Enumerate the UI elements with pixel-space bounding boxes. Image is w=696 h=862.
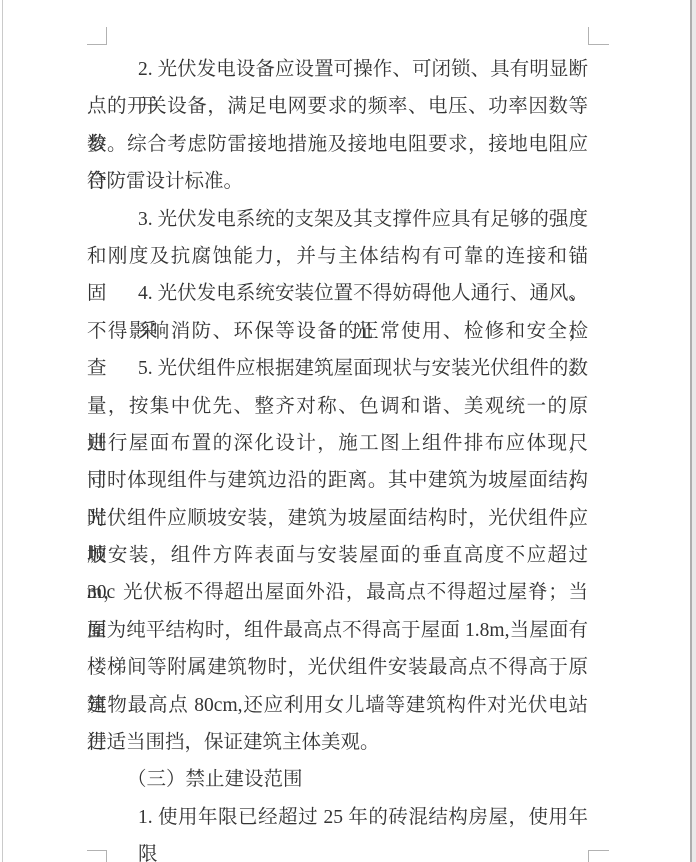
text-line: 3. 光伏发电系统的支架及其支撑件应具有足够的强度: [87, 201, 588, 238]
text-line: 筑物最高点 80cm,还应利用女儿墙等建筑构件对光伏电站进: [87, 687, 588, 724]
text-line: 量，按集中优先、整齐对称、色调和谐、美观统一的原则，: [87, 388, 588, 425]
text-line: 和刚度及抗腐蚀能力，并与主体结构有可靠的连接和锚固。: [87, 238, 588, 275]
margin-crop-mark-bottom-right: [588, 850, 609, 862]
document-text-body: 2. 光伏发电设备应设置可操作、可闭锁、具有明显断开 点的开关设备，满足电网要求…: [87, 51, 588, 836]
text-line: 合防雷设计标准。: [87, 163, 588, 200]
text-line: 光伏组件应顺坡安装，建筑为坡屋面结构时，光伏组件应顺: [87, 500, 588, 537]
text-line: 坡安装，组件方阵表面与安装屋面的垂直高度不应超过 30c: [87, 537, 588, 574]
margin-crop-mark-bottom-left: [87, 850, 107, 862]
text-line: 行适当围挡，保证建筑主体美观。: [87, 724, 588, 761]
text-line: 进行屋面布置的深化设计，施工图上组件排布应体现尺寸，: [87, 425, 588, 462]
text-line: 楼梯间等附属建筑物时，光伏组件安装最高点不得高于原建: [87, 649, 588, 686]
page-left-edge: [2, 0, 3, 862]
margin-crop-mark-top-left: [87, 27, 107, 45]
text-line: 5. 光伏组件应根据建筑屋面现状与安装光伏组件的数: [87, 350, 588, 387]
section-heading-line: （三）禁止建设范围: [87, 761, 588, 798]
viewer-background-strip: [692, 0, 696, 862]
text-line: 1. 使用年限已经超过 25 年的砖混结构房屋，使用年限: [87, 799, 588, 836]
text-line: m，光伏板不得超出屋面外沿，最高点不得超过屋脊；当屋: [87, 574, 588, 611]
text-line: 同时体现组件与建筑边沿的距离。其中建筑为坡屋面结构时，: [87, 462, 588, 499]
text-line: 面为纯平结构时，组件最高点不得高于屋面 1.8m,当屋面有: [87, 612, 588, 649]
margin-crop-mark-top-right: [588, 27, 609, 45]
text-line: 2. 光伏发电设备应设置可操作、可闭锁、具有明显断开: [87, 51, 588, 88]
text-line: 点的开关设备，满足电网要求的频率、电压、功率因数等参: [87, 88, 588, 125]
text-line: 不得影响消防、环保等设备的正常使用、检修和安全检查。: [87, 313, 588, 350]
text-line: 4. 光伏发电系统安装位置不得妨碍他人通行、通风、采光，: [87, 275, 588, 312]
text-line: 数。综合考虑防雷接地措施及接地电阻要求，接地电阻应符: [87, 126, 588, 163]
